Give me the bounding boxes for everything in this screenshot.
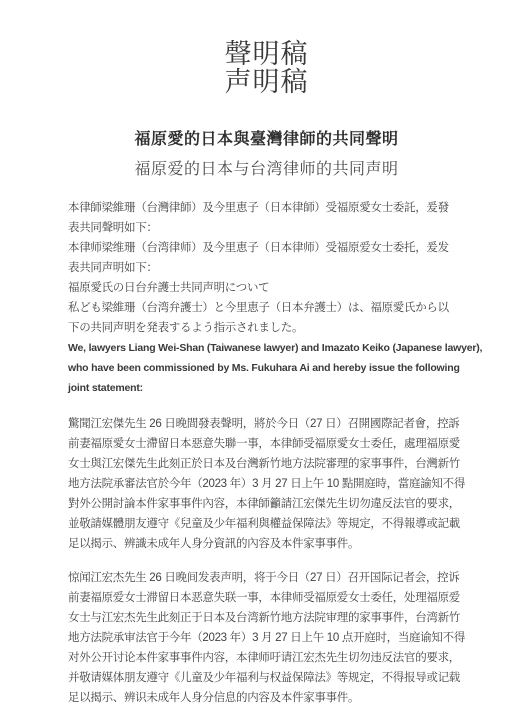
statement-document: 聲明稿 声明稿 福原愛的日本與臺灣律師的共同聲明 福原爱的日本与台湾律师的共同声…	[0, 0, 525, 710]
intro-section: 本律師梁維珊（台灣律師）及今里恵子（日本律師）受福原愛女士委託，爰發 表共同聲明…	[68, 198, 465, 398]
intro-line-japanese: 私ども梁維珊（台湾弁護士）と今里恵子（日本弁護士）は、福原愛氏から以	[68, 298, 465, 318]
statement-line: 惊闻江宏杰先生 26 日晚间发表声明，将于今日（27 日）召开国际记者会，控诉	[68, 568, 465, 588]
statement-line: 地方法院承审法官于今年（2023 年）3 月 27 日上午 10 点开庭时，当庭…	[68, 628, 465, 648]
statement-line: 足以揭示、辨識未成年人身分資訊的內容及本件家事事件。	[68, 534, 465, 554]
joint-statement-heading-simplified: 福原爱的日本与台湾律师的共同声明	[68, 160, 465, 180]
intro-line: 表共同聲明如下：	[68, 218, 465, 238]
statement-paragraph-simplified: 惊闻江宏杰先生 26 日晚间发表声明，将于今日（27 日）召开国际记者会，控诉 …	[68, 568, 465, 708]
statement-line: 並敬請媒體朋友遵守《兒童及少年福利與權益保障法》等規定，不得報導或記載	[68, 514, 465, 534]
intro-line: 表共同声明如下：	[68, 258, 465, 278]
paragraph-gap	[68, 398, 465, 414]
intro-line-japanese: 下の共同声明を発表するよう指示されました。	[68, 318, 465, 338]
statement-line: 女士與江宏傑先生此刻正於日本及台灣新竹地方法院審理的家事事件，台灣新竹	[68, 454, 465, 474]
statement-line: 女士与江宏杰先生此刻正于日本及台湾新竹地方法院审理的家事事件，台湾新竹	[68, 608, 465, 628]
paragraph-gap	[68, 554, 465, 568]
statement-line: 驚聞江宏傑先生 26 日晚間發表聲明，將於今日（27 日）召開國際記者會，控訴	[68, 414, 465, 434]
statement-paragraph-traditional: 驚聞江宏傑先生 26 日晚間發表聲明，將於今日（27 日）召開國際記者會，控訴 …	[68, 414, 465, 554]
statement-title-traditional: 聲明稿	[68, 40, 465, 68]
intro-line-english: joint statement:	[68, 378, 465, 398]
intro-line: 本律师梁维珊（台湾律师）及今里恵子（日本律师）受福原爱女士委托，爰发	[68, 238, 465, 258]
joint-statement-heading-traditional: 福原愛的日本與臺灣律師的共同聲明	[68, 130, 465, 150]
intro-line-japanese: 福原愛氏の日台弁護士共同声明について	[68, 278, 465, 298]
statement-line: 對外公開討論本件家事事件內容，本律師籲請江宏傑先生切勿違反法官的要求，	[68, 494, 465, 514]
intro-line-english: who have been commissioned by Ms. Fukuha…	[68, 358, 465, 378]
intro-line: 本律師梁維珊（台灣律師）及今里恵子（日本律師）受福原愛女士委託，爰發	[68, 198, 465, 218]
statement-line: 足以揭示、辨识未成年人身分信息的内容及本件家事事件。	[68, 688, 465, 708]
statement-line: 前妻福原愛女士滯留日本惡意失聯一事，本律師受福原愛女士委任，處理福原愛	[68, 434, 465, 454]
intro-line-english: We, lawyers Liang Wei-Shan (Taiwanese la…	[68, 338, 465, 358]
statement-line: 对外公开讨论本件家事事件内容，本律师吁请江宏杰先生切勿违反法官的要求，	[68, 648, 465, 668]
statement-line: 前妻福原爱女士滞留日本恶意失联一事，本律师受福原爱女士委任，处理福原爱	[68, 588, 465, 608]
statement-title-simplified: 声明稿	[68, 68, 465, 96]
statement-line: 并敬请媒体朋友遵守《儿童及少年福利与权益保障法》等规定，不得报导或记载	[68, 668, 465, 688]
statement-line: 地方法院承審法官於今年（2023 年）3 月 27 日上午 10 點開庭時，當庭…	[68, 474, 465, 494]
